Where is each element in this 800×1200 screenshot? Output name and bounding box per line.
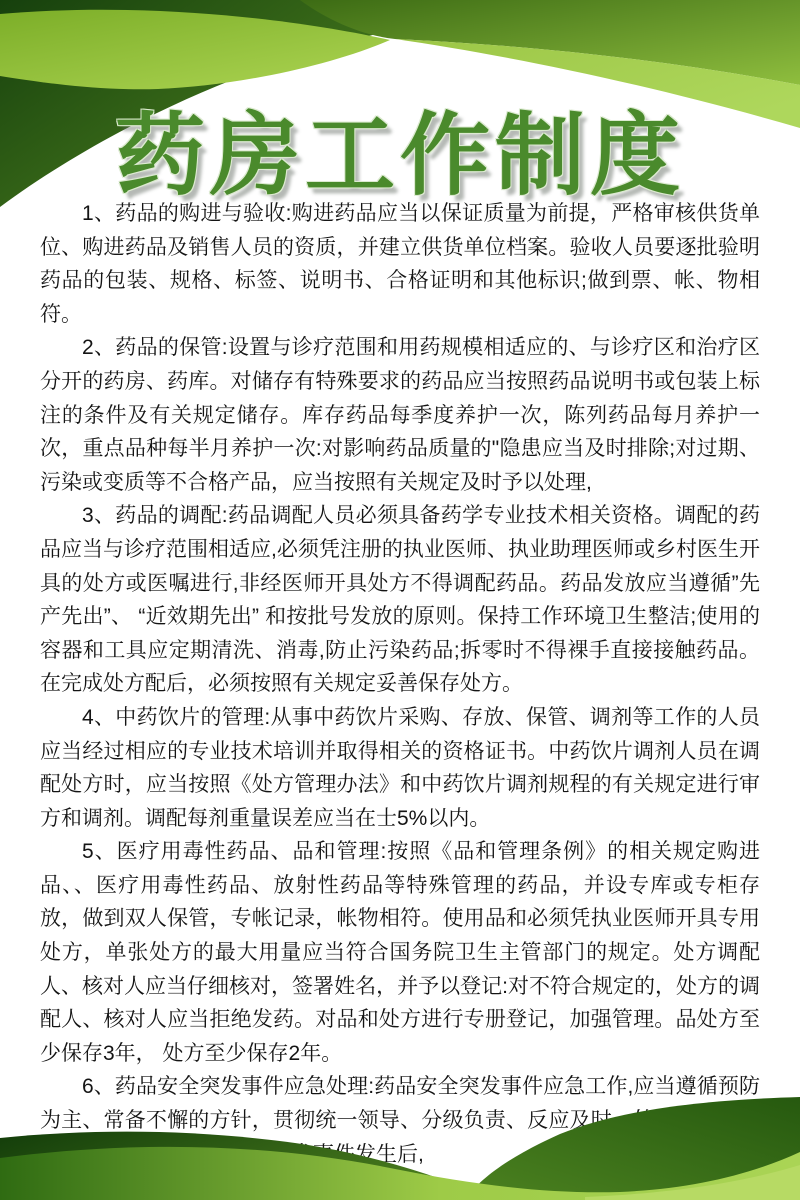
regulations-text: 1、药品的购进与验收:购进药品应当以保证质量为前提，严格审核供货单位、购进药品及… [40, 197, 760, 1171]
paragraph-herbal-pieces: 4、中药饮片的管理:从事中药饮片采购、存放、保管、调剂等工作的人员应当经过相应的… [40, 701, 760, 835]
paragraph-storage: 2、药品的保管:设置与诊疗范围和用药规模相适应的、与诊疗区和治疗区分开的药房、药… [40, 331, 760, 499]
paragraph-dispensing: 3、药品的调配:药品调配人员必须具备药学专业技术相关资格。调配的药品应当与诊疗范… [40, 499, 760, 701]
poster-title: 药房工作制度 [0, 82, 800, 212]
paragraph-purchase-acceptance: 1、药品的购进与验收:购进药品应当以保证质量为前提，严格审核供货单位、购进药品及… [40, 197, 760, 331]
paragraph-toxic-drugs: 5、医疗用毒性药品、品和管理:按照《品和管理条例》的相关规定购进品、、医疗用毒性… [40, 835, 760, 1070]
footer-wave-graphic [0, 1042, 800, 1200]
